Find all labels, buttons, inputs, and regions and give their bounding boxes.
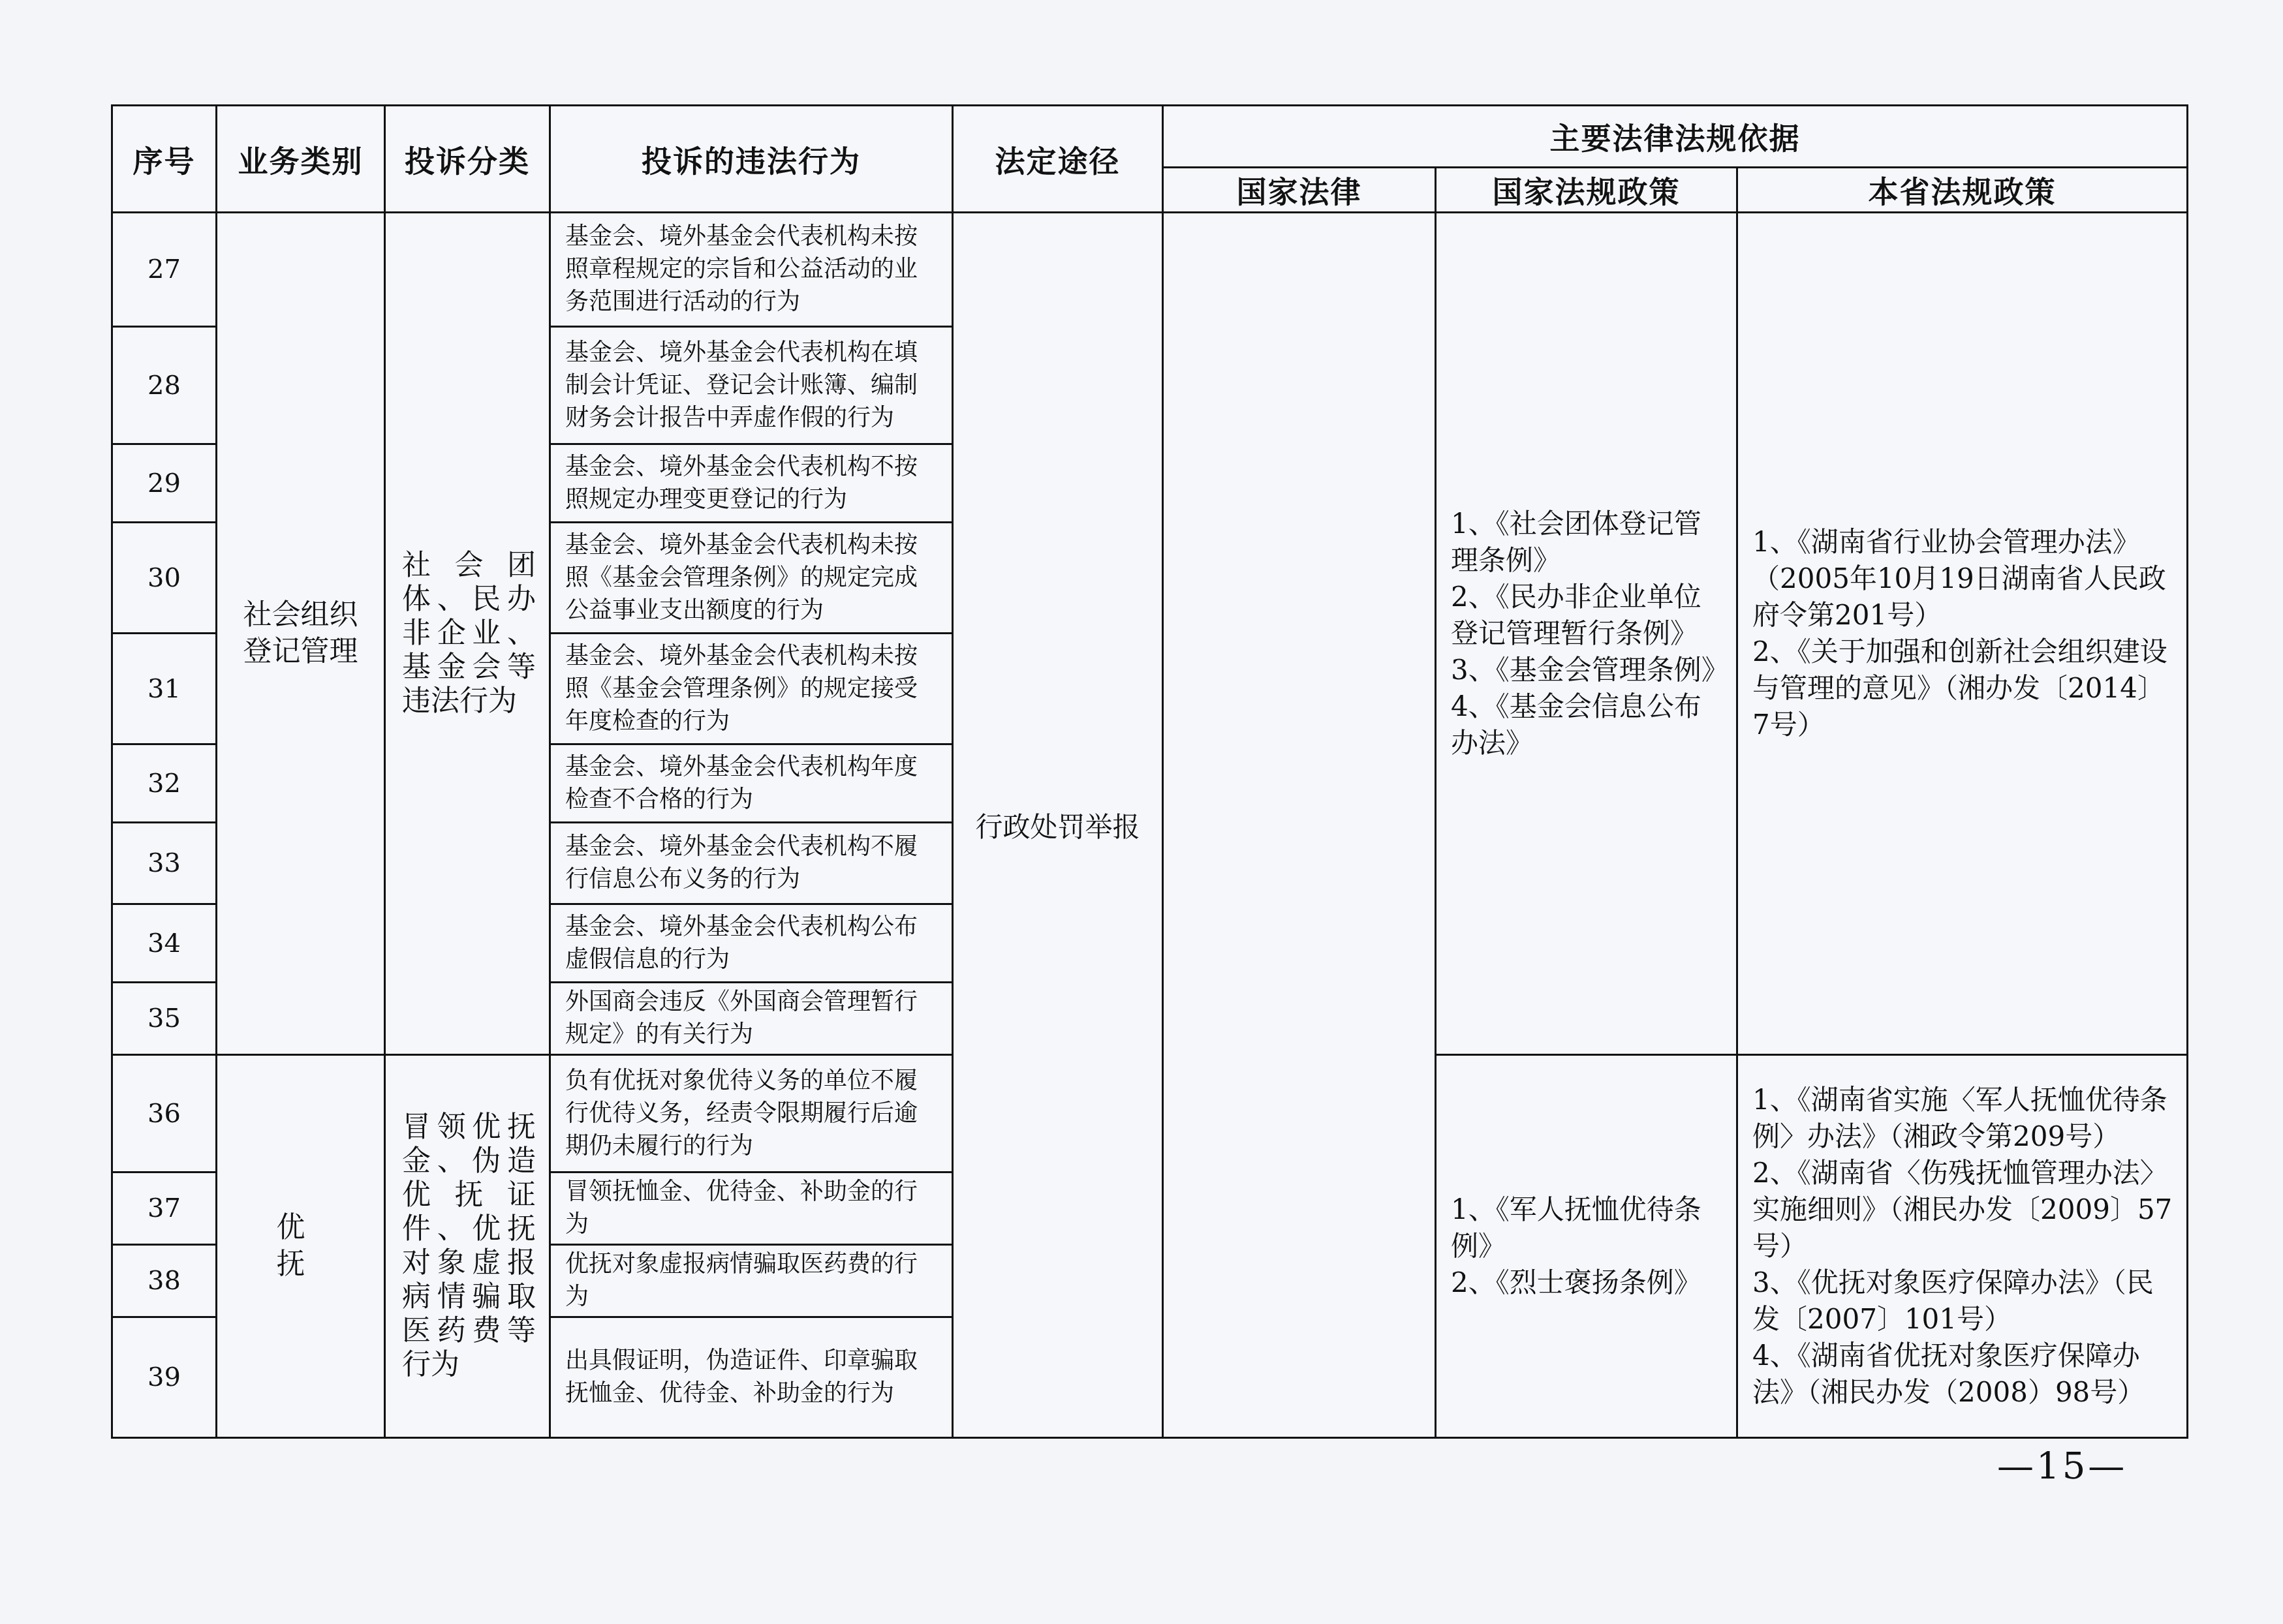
violation-cell: 外国商会违反《外国商会管理暂行规定》的有关行为 <box>550 983 953 1055</box>
row-seq: 31 <box>112 634 217 744</box>
violation-cell: 优抚对象虚报病情骗取医药费的行为 <box>550 1245 953 1317</box>
legal-route-cell: 行政处罚举报 <box>953 213 1163 1438</box>
row-seq: 36 <box>112 1055 217 1172</box>
row-seq: 27 <box>112 213 217 327</box>
provincial-regulation-item: 2、《湖南省〈伤残抚恤管理办法〉实施细则》（湘民办发〔2009〕57号） <box>1752 1155 2175 1264</box>
header-complaint-class: 投诉分类 <box>385 106 550 213</box>
business-category-cell: 优抚 <box>217 1055 385 1438</box>
header-national-law: 国家法律 <box>1163 168 1436 213</box>
national-regulation-item: 1、《社会团体登记管理条例》 <box>1451 506 1724 579</box>
violation-cell: 冒领抚恤金、优待金、补助金的行为 <box>550 1172 953 1245</box>
violation-cell: 基金会、境外基金会代表机构未按照《基金会管理条例》的规定完成公益事业支出额度的行… <box>550 523 953 634</box>
provincial-regulation-item: 4、《湖南省优抚对象医疗保障办法》（湘民办发（2008）98号） <box>1752 1338 2175 1411</box>
page-number: —15— <box>1997 1445 2127 1488</box>
row-seq: 28 <box>112 327 217 444</box>
row-seq: 30 <box>112 523 217 634</box>
violation-cell: 出具假证明，伪造证件、印章骗取抚恤金、优待金、补助金的行为 <box>550 1317 953 1438</box>
violation-cell: 基金会、境外基金会代表机构在填制会计凭证、登记会计账簿、编制财务会计报告中弄虚作… <box>550 327 953 444</box>
table-row: 27 社会组织登记管理 社会团体、民办非企业、基金会等违法行为 基金会、境外基金… <box>112 213 2188 327</box>
violation-cell: 负有优抚对象优待义务的单位不履行优待义务，经责令限期履行后逾期仍未履行的行为 <box>550 1055 953 1172</box>
row-seq: 39 <box>112 1317 217 1438</box>
provincial-regulation-item: 3、《优抚对象医疗保障办法》（民发〔2007〕101号） <box>1752 1264 2175 1338</box>
national-regulation-item: 3、《基金会管理条例》 <box>1451 652 1724 688</box>
row-seq: 38 <box>112 1245 217 1317</box>
national-regulation-item: 2、《民办非企业单位登记管理暂行条例》 <box>1451 579 1724 652</box>
complaint-class-cell: 冒领优抚金、伪造优抚证件、优抚对象虚报病情骗取医药费等行为 <box>385 1055 550 1438</box>
row-seq: 32 <box>112 744 217 823</box>
provincial-regulation-item: 1、《湖南省行业协会管理办法》（2005年10月19日湖南省人民政府令第201号… <box>1752 524 2175 634</box>
provincial-regulation-item: 2、《关于加强和创新社会组织建设与管理的意见》（湘办发〔2014〕7号） <box>1752 634 2175 743</box>
business-category-cell: 社会组织登记管理 <box>217 213 385 1055</box>
violation-cell: 基金会、境外基金会代表机构不履行信息公布义务的行为 <box>550 823 953 904</box>
header-violation: 投诉的违法行为 <box>550 106 953 213</box>
header-row-top: 序号 业务类别 投诉分类 投诉的违法行为 法定途径 主要法律法规依据 <box>112 106 2188 168</box>
document-page: 序号 业务类别 投诉分类 投诉的违法行为 法定途径 主要法律法规依据 国家法律 … <box>0 0 2283 1624</box>
header-seq: 序号 <box>112 106 217 213</box>
national-regulation-item: 2、《烈士褒扬条例》 <box>1451 1264 1724 1301</box>
complaint-class-cell: 社会团体、民办非企业、基金会等违法行为 <box>385 213 550 1055</box>
row-seq: 35 <box>112 983 217 1055</box>
national-regulation-item: 1、《军人抚恤优待条例》 <box>1451 1191 1724 1264</box>
violation-cell: 基金会、境外基金会代表机构未按照章程规定的宗旨和公益活动的业务范围进行活动的行为 <box>550 213 953 327</box>
provincial-regulation-cell: 1、《湖南省行业协会管理办法》（2005年10月19日湖南省人民政府令第201号… <box>1737 213 2188 1055</box>
row-seq: 29 <box>112 444 217 523</box>
national-law-cell <box>1163 213 1436 1438</box>
row-seq: 33 <box>112 823 217 904</box>
national-regulation-cell: 1、《军人抚恤优待条例》 2、《烈士褒扬条例》 <box>1436 1055 1737 1438</box>
row-seq: 34 <box>112 904 217 983</box>
violation-cell: 基金会、境外基金会代表机构年度检查不合格的行为 <box>550 744 953 823</box>
violation-cell: 基金会、境外基金会代表机构不按照规定办理变更登记的行为 <box>550 444 953 523</box>
header-provincial-regulation: 本省法规政策 <box>1737 168 2188 213</box>
header-legal-basis: 主要法律法规依据 <box>1163 106 2188 168</box>
provincial-regulation-cell: 1、《湖南省实施〈军人抚恤优待条例〉办法》（湘政令第209号） 2、《湖南省〈伤… <box>1737 1055 2188 1438</box>
header-national-regulation: 国家法规政策 <box>1436 168 1737 213</box>
header-legal-route: 法定途径 <box>953 106 1163 213</box>
row-seq: 37 <box>112 1172 217 1245</box>
violation-cell: 基金会、境外基金会代表机构未按照《基金会管理条例》的规定接受年度检查的行为 <box>550 634 953 744</box>
national-regulation-cell: 1、《社会团体登记管理条例》 2、《民办非企业单位登记管理暂行条例》 3、《基金… <box>1436 213 1737 1055</box>
national-regulation-item: 4、《基金会信息公布办法》 <box>1451 688 1724 761</box>
legal-basis-table: 序号 业务类别 投诉分类 投诉的违法行为 法定途径 主要法律法规依据 国家法律 … <box>111 104 2188 1439</box>
header-business-category: 业务类别 <box>217 106 385 213</box>
violation-cell: 基金会、境外基金会代表机构公布虚假信息的行为 <box>550 904 953 983</box>
provincial-regulation-item: 1、《湖南省实施〈军人抚恤优待条例〉办法》（湘政令第209号） <box>1752 1082 2175 1155</box>
